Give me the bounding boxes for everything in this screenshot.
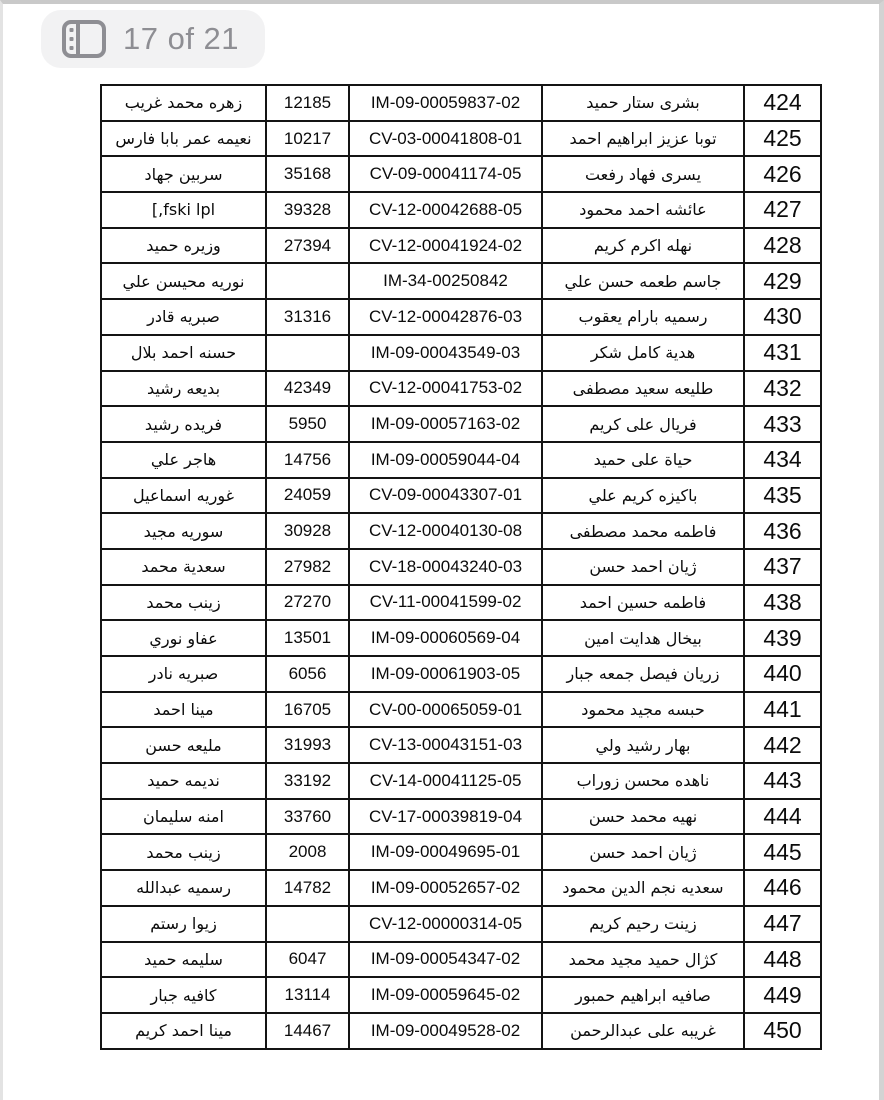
table-row: عفاو نوري13501IM-09-00060569-04بيخال هدا… <box>101 620 821 656</box>
table-row: زيوا رستمCV-12-00000314-05زينت رحيم كريم… <box>101 906 821 942</box>
table-row: مينا احمد16705CV-00-00065059-01حبسه مجيد… <box>101 692 821 728</box>
row-number-cell: 433 <box>744 406 821 442</box>
table-row: غوريه اسماعيل24059CV-09-00043307-01باكيز… <box>101 478 821 514</box>
table-row: فريده رشيد5950IM-09-00057163-02فريال على… <box>101 406 821 442</box>
document-page: 17 of 21 زهره محمد غريب12185IM-09-000598… <box>0 0 884 1100</box>
number-cell: 33760 <box>266 799 349 835</box>
number-cell: 27982 <box>266 549 349 585</box>
row-number-cell: 442 <box>744 727 821 763</box>
name-right-cell: نهيه محمد حسن <box>542 799 744 835</box>
row-number-cell: 426 <box>744 156 821 192</box>
name-right-cell: ناهده محسن زوراب <box>542 763 744 799</box>
code-cell: CV-12-00000314-05 <box>349 906 542 942</box>
number-cell <box>266 906 349 942</box>
name-right-cell: يسرى فهاد رفعت <box>542 156 744 192</box>
name-right-cell: زينت رحيم كريم <box>542 906 744 942</box>
row-number-cell: 430 <box>744 299 821 335</box>
name-right-cell: صافيه ابراهيم حمبور <box>542 977 744 1013</box>
row-number-cell: 445 <box>744 834 821 870</box>
table-row: fski lpl,]39328CV-12-00042688-05عائشه اح… <box>101 192 821 228</box>
table-row: بديعه رشيد42349CV-12-00041753-02طليعه سع… <box>101 371 821 407</box>
row-number-cell: 437 <box>744 549 821 585</box>
name-left-cell: رسميه عبدالله <box>101 870 266 906</box>
number-cell: 10217 <box>266 121 349 157</box>
name-left-cell: سعدية محمد <box>101 549 266 585</box>
row-number-cell: 435 <box>744 478 821 514</box>
name-right-cell: طليعه سعيد مصطفى <box>542 371 744 407</box>
number-cell: 14756 <box>266 442 349 478</box>
row-number-cell: 429 <box>744 263 821 299</box>
table-row: رسميه عبدالله14782IM-09-00052657-02سعديه… <box>101 870 821 906</box>
name-left-cell: فريده رشيد <box>101 406 266 442</box>
code-cell: IM-09-00061903-05 <box>349 656 542 692</box>
name-left-cell: عفاو نوري <box>101 620 266 656</box>
name-right-cell: فاطمه حسين احمد <box>542 585 744 621</box>
row-number-cell: 441 <box>744 692 821 728</box>
number-cell: 42349 <box>266 371 349 407</box>
table-row: زينب محمد2008IM-09-00049695-01ژيان احمد … <box>101 834 821 870</box>
name-left-cell: سربين جهاد <box>101 156 266 192</box>
name-left-cell: نوريه محيسن علي <box>101 263 266 299</box>
number-cell: 33192 <box>266 763 349 799</box>
number-cell: 14467 <box>266 1013 349 1049</box>
number-cell <box>266 335 349 371</box>
row-number-cell: 449 <box>744 977 821 1013</box>
code-cell: CV-11-00041599-02 <box>349 585 542 621</box>
name-right-cell: فاطمه محمد مصطفى <box>542 513 744 549</box>
name-left-cell: زينب محمد <box>101 834 266 870</box>
number-cell: 6056 <box>266 656 349 692</box>
page-indicator-label: 17 of 21 <box>123 21 239 57</box>
name-right-cell: غريبه على عبدالرحمن <box>542 1013 744 1049</box>
name-left-cell: مينا احمد <box>101 692 266 728</box>
row-number-cell: 450 <box>744 1013 821 1049</box>
name-right-cell: بشرى ستار حميد <box>542 85 744 121</box>
row-number-cell: 432 <box>744 371 821 407</box>
code-cell: CV-09-00041174-05 <box>349 156 542 192</box>
code-cell: IM-09-00054347-02 <box>349 942 542 978</box>
name-left-cell: كافيه جبار <box>101 977 266 1013</box>
name-right-cell: حياة على حميد <box>542 442 744 478</box>
table-row: زهره محمد غريب12185IM-09-00059837-02بشرى… <box>101 85 821 121</box>
name-right-cell: ژيان احمد حسن <box>542 549 744 585</box>
code-cell: CV-13-00043151-03 <box>349 727 542 763</box>
number-cell <box>266 263 349 299</box>
data-table: زهره محمد غريب12185IM-09-00059837-02بشرى… <box>100 84 822 1050</box>
code-cell: IM-09-00059837-02 <box>349 85 542 121</box>
name-left-cell: سليمه حميد <box>101 942 266 978</box>
number-cell: 27394 <box>266 228 349 264</box>
table-row: سليمه حميد6047IM-09-00054347-02كژال حميد… <box>101 942 821 978</box>
code-cell: CV-17-00039819-04 <box>349 799 542 835</box>
table-row: نعيمه عمر بابا فارس10217CV-03-00041808-0… <box>101 121 821 157</box>
table-row: نوريه محيسن عليIM-34-00250842جاسم طعمه ح… <box>101 263 821 299</box>
code-cell: IM-09-00049528-02 <box>349 1013 542 1049</box>
name-right-cell: توبا عزيز ابراهيم احمد <box>542 121 744 157</box>
name-left-cell: نعيمه عمر بابا فارس <box>101 121 266 157</box>
table-row: وزيره حميد27394CV-12-00041924-02نهله اكر… <box>101 228 821 264</box>
name-left-cell: غوريه اسماعيل <box>101 478 266 514</box>
number-cell: 35168 <box>266 156 349 192</box>
name-right-cell: جاسم طعمه حسن علي <box>542 263 744 299</box>
name-left-cell: زينب محمد <box>101 585 266 621</box>
table-row: حسنه احمد بلالIM-09-00043549-03هدية كامل… <box>101 335 821 371</box>
number-cell: 16705 <box>266 692 349 728</box>
name-right-cell: كژال حميد مجيد محمد <box>542 942 744 978</box>
code-cell: IM-09-00049695-01 <box>349 834 542 870</box>
name-right-cell: رسميه بارام يعقوب <box>542 299 744 335</box>
row-number-cell: 443 <box>744 763 821 799</box>
table-row: صبريه قادر31316CV-12-00042876-03رسميه با… <box>101 299 821 335</box>
code-cell: CV-00-00065059-01 <box>349 692 542 728</box>
name-left-cell: حسنه احمد بلال <box>101 335 266 371</box>
table-row: مليعه حسن31993CV-13-00043151-03بهار رشيد… <box>101 727 821 763</box>
name-right-cell: ژيان احمد حسن <box>542 834 744 870</box>
table-body: زهره محمد غريب12185IM-09-00059837-02بشرى… <box>101 85 821 1049</box>
row-number-cell: 439 <box>744 620 821 656</box>
row-number-cell: 440 <box>744 656 821 692</box>
name-right-cell: نهله اكرم كريم <box>542 228 744 264</box>
name-right-cell: حبسه مجيد محمود <box>542 692 744 728</box>
name-left-cell: وزيره حميد <box>101 228 266 264</box>
name-right-cell: بهار رشيد ولي <box>542 727 744 763</box>
number-cell: 31993 <box>266 727 349 763</box>
name-right-cell: هدية كامل شكر <box>542 335 744 371</box>
row-number-cell: 425 <box>744 121 821 157</box>
code-cell: CV-18-00043240-03 <box>349 549 542 585</box>
table-row: هاجر علي14756IM-09-00059044-04حياة على ح… <box>101 442 821 478</box>
number-cell: 12185 <box>266 85 349 121</box>
table-row: سربين جهاد35168CV-09-00041174-05يسرى فها… <box>101 156 821 192</box>
page-thumbnails-icon <box>61 19 107 59</box>
table-row: سوريه مجيد30928CV-12-00040130-08فاطمه مح… <box>101 513 821 549</box>
name-left-cell: سوريه مجيد <box>101 513 266 549</box>
number-cell: 24059 <box>266 478 349 514</box>
name-left-cell: نديمه حميد <box>101 763 266 799</box>
name-left-cell: مليعه حسن <box>101 727 266 763</box>
row-number-cell: 434 <box>744 442 821 478</box>
number-cell: 13114 <box>266 977 349 1013</box>
code-cell: IM-34-00250842 <box>349 263 542 299</box>
number-cell: 6047 <box>266 942 349 978</box>
name-left-cell: امنه سليمان <box>101 799 266 835</box>
name-left-cell: صبريه قادر <box>101 299 266 335</box>
row-number-cell: 446 <box>744 870 821 906</box>
number-cell: 13501 <box>266 620 349 656</box>
row-number-cell: 427 <box>744 192 821 228</box>
number-cell: 14782 <box>266 870 349 906</box>
table-row: مينا احمد كريم14467IM-09-00049528-02غريب… <box>101 1013 821 1049</box>
code-cell: CV-12-00040130-08 <box>349 513 542 549</box>
row-number-cell: 444 <box>744 799 821 835</box>
code-cell: CV-12-00041753-02 <box>349 371 542 407</box>
row-number-cell: 431 <box>744 335 821 371</box>
name-left-cell: صبريه نادر <box>101 656 266 692</box>
name-left-cell: هاجر علي <box>101 442 266 478</box>
number-cell: 30928 <box>266 513 349 549</box>
table-row: صبريه نادر6056IM-09-00061903-05زريان فيص… <box>101 656 821 692</box>
row-number-cell: 447 <box>744 906 821 942</box>
code-cell: CV-12-00042688-05 <box>349 192 542 228</box>
code-cell: IM-09-00043549-03 <box>349 335 542 371</box>
code-cell: IM-09-00057163-02 <box>349 406 542 442</box>
code-cell: CV-12-00041924-02 <box>349 228 542 264</box>
row-number-cell: 448 <box>744 942 821 978</box>
name-left-cell: بديعه رشيد <box>101 371 266 407</box>
row-number-cell: 438 <box>744 585 821 621</box>
table-row: سعدية محمد27982CV-18-00043240-03ژيان احم… <box>101 549 821 585</box>
code-cell: IM-09-00060569-04 <box>349 620 542 656</box>
name-right-cell: سعديه نجم الدين محمود <box>542 870 744 906</box>
number-cell: 2008 <box>266 834 349 870</box>
code-cell: CV-09-00043307-01 <box>349 478 542 514</box>
name-right-cell: عائشه احمد محمود <box>542 192 744 228</box>
row-number-cell: 424 <box>744 85 821 121</box>
table-row: كافيه جبار13114IM-09-00059645-02صافيه اب… <box>101 977 821 1013</box>
number-cell: 31316 <box>266 299 349 335</box>
code-cell: CV-03-00041808-01 <box>349 121 542 157</box>
row-number-cell: 428 <box>744 228 821 264</box>
table-row: زينب محمد27270CV-11-00041599-02فاطمه حسي… <box>101 585 821 621</box>
number-cell: 5950 <box>266 406 349 442</box>
code-cell: IM-09-00052657-02 <box>349 870 542 906</box>
table-row: نديمه حميد33192CV-14-00041125-05ناهده مح… <box>101 763 821 799</box>
code-cell: CV-12-00042876-03 <box>349 299 542 335</box>
name-left-cell: مينا احمد كريم <box>101 1013 266 1049</box>
name-left-cell: fski lpl,] <box>101 192 266 228</box>
name-right-cell: فريال على كريم <box>542 406 744 442</box>
number-cell: 39328 <box>266 192 349 228</box>
name-right-cell: زريان فيصل جمعه جبار <box>542 656 744 692</box>
name-left-cell: زيوا رستم <box>101 906 266 942</box>
page-indicator[interactable]: 17 of 21 <box>41 10 265 68</box>
name-left-cell: زهره محمد غريب <box>101 85 266 121</box>
code-cell: IM-09-00059645-02 <box>349 977 542 1013</box>
name-right-cell: بيخال هدايت امين <box>542 620 744 656</box>
code-cell: CV-14-00041125-05 <box>349 763 542 799</box>
code-cell: IM-09-00059044-04 <box>349 442 542 478</box>
name-right-cell: باكيزه كريم علي <box>542 478 744 514</box>
row-number-cell: 436 <box>744 513 821 549</box>
number-cell: 27270 <box>266 585 349 621</box>
table-row: امنه سليمان33760CV-17-00039819-04نهيه مح… <box>101 799 821 835</box>
